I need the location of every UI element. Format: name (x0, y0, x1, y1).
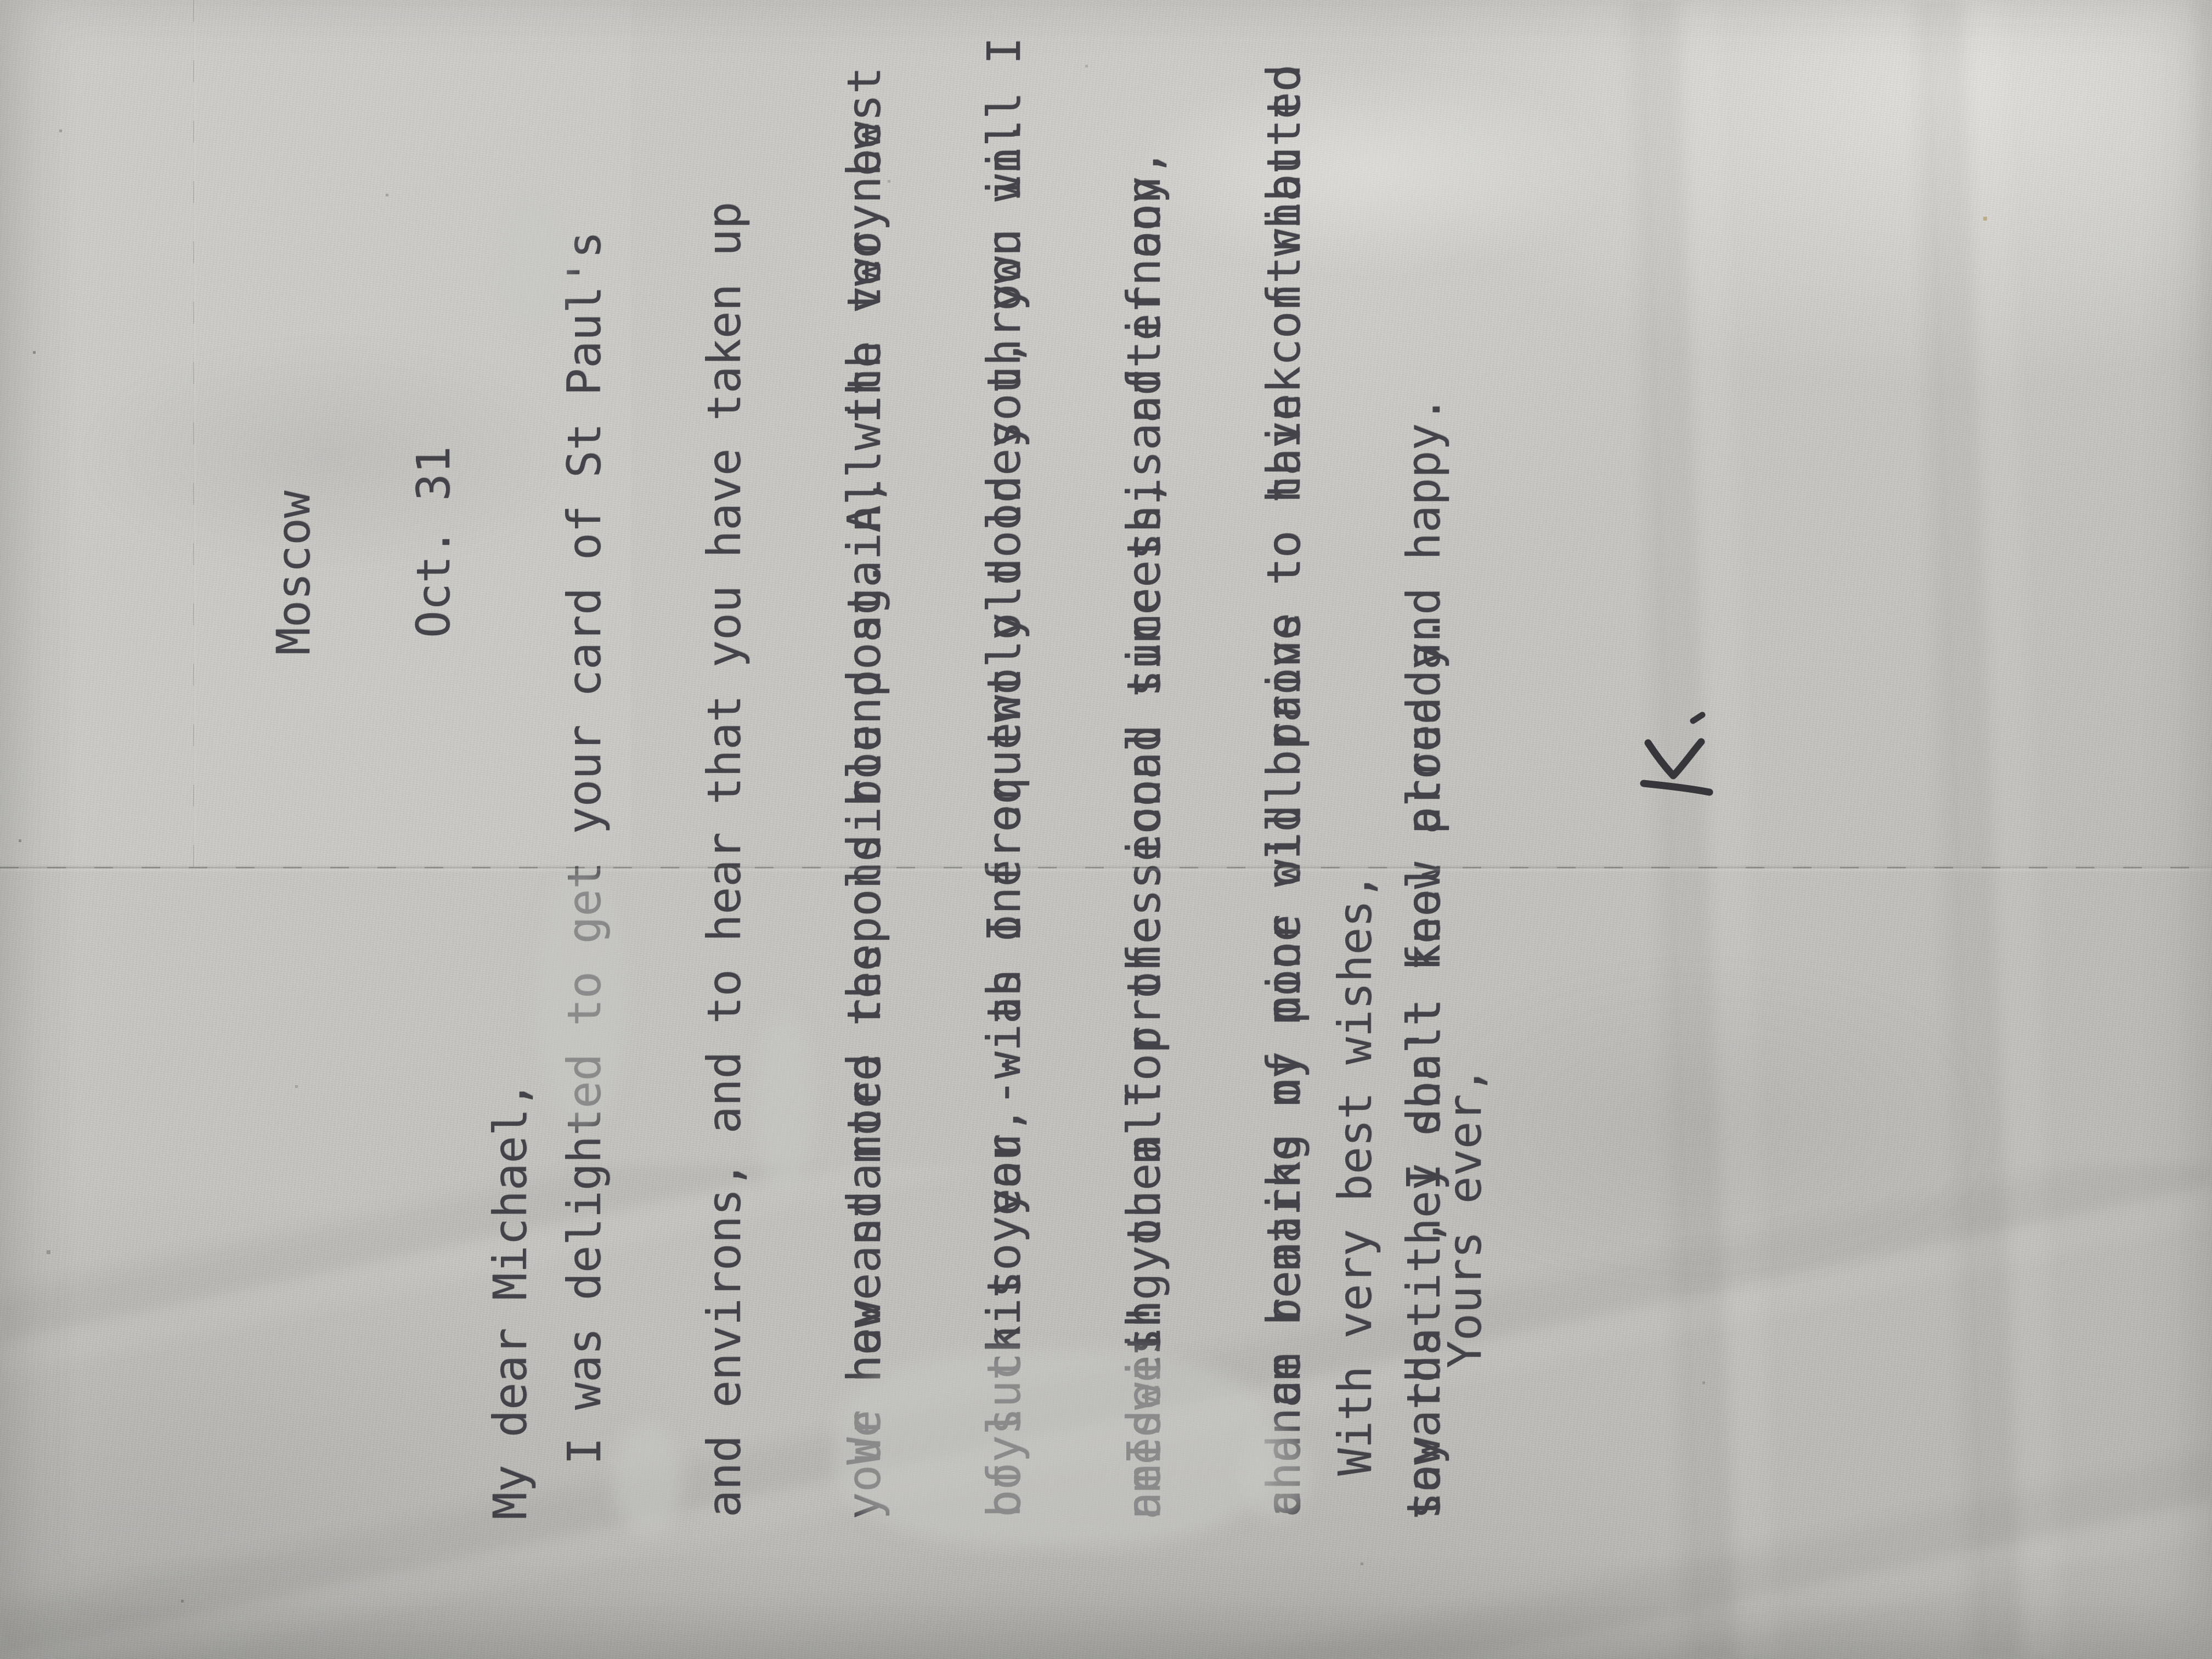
paper-specks (0, 0, 1, 1)
paragraph-line: I was delighted to get your card of St P… (561, 67, 608, 1520)
signature-k-arms (1648, 742, 1701, 776)
signature-k-stem (1644, 783, 1709, 792)
paragraph-line: and environs, and to hear that you have … (701, 65, 748, 1517)
letter-page: Moscow Oct. 31 My dear Michael, I was de… (0, 0, 2212, 1659)
signature-k-drawing (1596, 650, 1739, 814)
photo-of-letter: Moscow Oct. 31 My dear Michael, I was de… (0, 0, 2212, 1659)
valediction-line: Yours ever, (1442, 1066, 1488, 1368)
paragraph-line: boys this year, with one or two old ones… (981, 37, 1028, 1517)
signature: K. (1503, 814, 1646, 979)
paragraph-line: I wish you all professional success, and… (1121, 67, 1167, 1520)
signature-text: K. (1550, 814, 1550, 814)
valediction: Yours ever, (1348, 1066, 1582, 1368)
date-city-line: Moscow (270, 448, 317, 655)
signature-period (1693, 715, 1702, 721)
date-day-line: Oct. 31 (410, 446, 457, 653)
paragraph-line: We have started the old round again, wit… (841, 39, 888, 1520)
